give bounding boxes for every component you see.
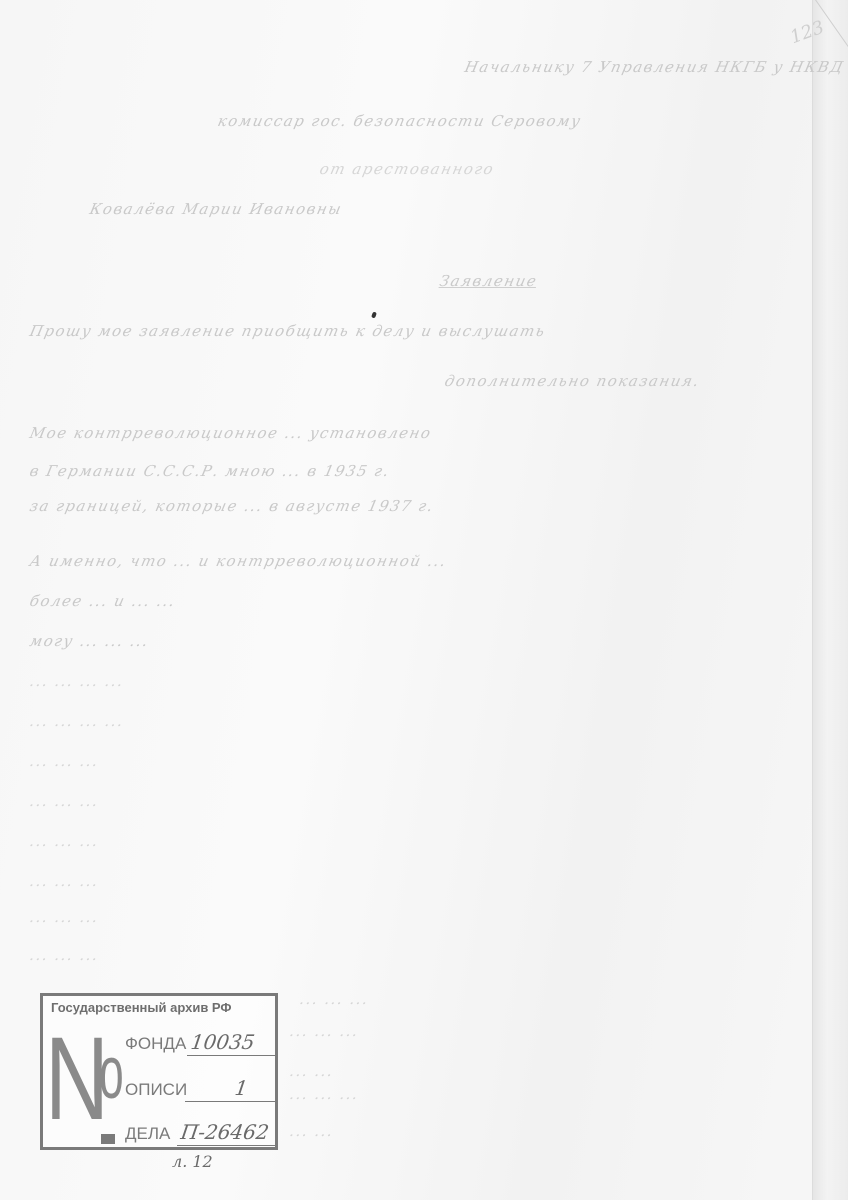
handwritten-line: ... ... ... [28, 752, 101, 770]
handwritten-line: комиссар гос. безопасности Серовому [216, 112, 583, 130]
fond-value: 10035 [189, 1030, 256, 1054]
dela-label: ДЕЛА [125, 1124, 170, 1144]
handwritten-line: более ... и ... ... [28, 592, 177, 610]
handwritten-line: А именно, что ... и контрреволюционной .… [28, 552, 448, 570]
numero-sign-n: N [45, 1020, 104, 1138]
handwritten-line: ... ... ... ... [28, 672, 126, 690]
opis-value: 1 [233, 1076, 249, 1100]
handwritten-line: Ковалёва Марии Ивановны [88, 200, 344, 218]
handwritten-line: ... ... ... [28, 872, 101, 890]
handwritten-line: Мое контрреволюционное ... установлено [28, 424, 433, 442]
handwritten-line: ... ... ... [28, 908, 101, 926]
handwritten-line: Прошу мое заявление приобщить к делу и в… [28, 322, 547, 340]
sheet-number: л. 12 [172, 1152, 213, 1171]
handwritten-line: ... ... ... [298, 990, 371, 1008]
handwritten-line: дополнительно показания. [443, 372, 702, 390]
handwritten-line: ... ... ... [28, 792, 101, 810]
handwritten-line: ... ... ... [288, 1022, 361, 1040]
numero-sign-bar [101, 1134, 115, 1144]
handwritten-line: Начальнику 7 Управления НКГБ у НКВД [463, 58, 846, 76]
dela-value: П-26462 [179, 1120, 270, 1144]
fond-underline [187, 1055, 275, 1056]
handwritten-line: за границей, которые ... в августе 1937 … [28, 497, 436, 515]
handwritten-line: ... ... ... [288, 1085, 361, 1103]
handwritten-line: ... ... ... ... [28, 712, 126, 730]
dela-underline [177, 1145, 275, 1146]
handwritten-line: ... ... [288, 1122, 336, 1140]
stamp-row-fond: ФОНДА 10035 [125, 1030, 275, 1056]
handwritten-line: ... ... ... [28, 946, 101, 964]
document-page: 123 Начальнику 7 Управления НКГБ у НКВД … [0, 0, 848, 1200]
handwritten-line: в Германии С.С.С.Р. мною ... в 1935 г. [28, 462, 392, 480]
handwritten-heading: Заявление [438, 272, 539, 290]
handwritten-line: ... ... ... [28, 832, 101, 850]
ink-dot [371, 311, 377, 318]
handwritten-line: могу ... ... ... [28, 632, 151, 650]
opis-underline [185, 1101, 275, 1102]
stamp-row-opis: ОПИСИ 1 [125, 1076, 275, 1102]
page-edge-shadow [812, 0, 848, 1200]
opis-label: ОПИСИ [125, 1080, 187, 1100]
fond-label: ФОНДА [125, 1034, 186, 1054]
stamp-row-dela: ДЕЛА П-26462 [125, 1120, 275, 1146]
handwritten-line: от арестованного [318, 160, 496, 178]
archive-stamp: Государственный архив РФ N o ФОНДА 10035… [40, 993, 278, 1150]
numero-sign-o: o [99, 1036, 124, 1110]
handwritten-line: ... ... [288, 1062, 336, 1080]
